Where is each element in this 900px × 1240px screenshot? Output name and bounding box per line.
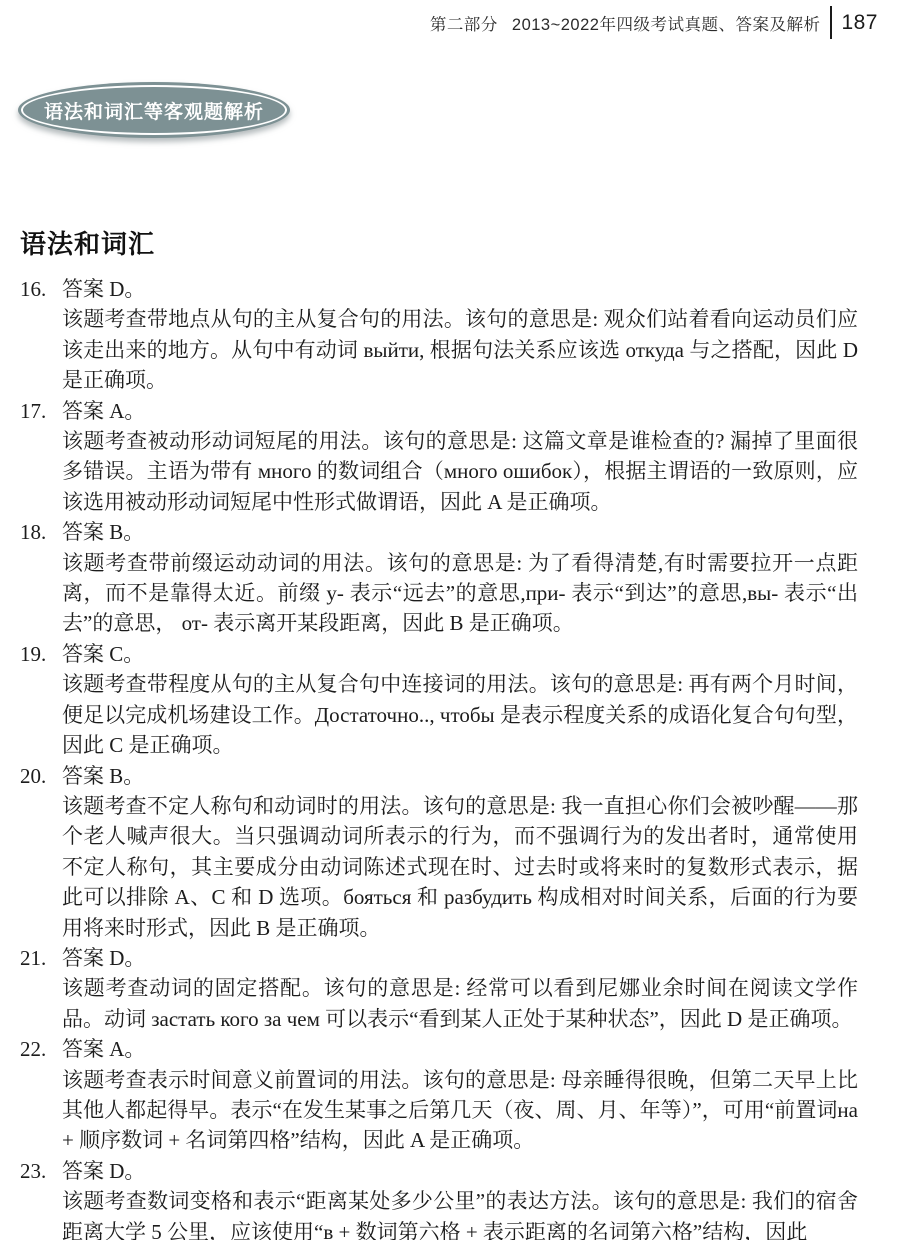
answer-item: 23. 答案 D。 该题考查数词变格和表示“距离某处多少公里”的表达方法。该句的… bbox=[20, 1156, 858, 1240]
answers-list: 16. 答案 D。 该题考查带地点从句的主从复合句的用法。该句的意思是: 观众们… bbox=[20, 274, 858, 1240]
answer-item: 20. 答案 B。 该题考查不定人称句和动词时的用法。该句的意思是: 我一直担心… bbox=[20, 761, 858, 943]
header-divider bbox=[830, 6, 832, 39]
explanation-text: 该题考查带前缀运动动词的用法。该句的意思是: 为了看得清楚,有时需要拉开一点距离… bbox=[62, 548, 858, 639]
answer-item: 16. 答案 D。 该题考查带地点从句的主从复合句的用法。该句的意思是: 观众们… bbox=[20, 274, 858, 396]
explanation-text: 该题考查表示时间意义前置词的用法。该句的意思是: 母亲睡得很晚，但第二天早上比其… bbox=[62, 1065, 858, 1156]
section-badge: 语法和词汇等客观题解析 bbox=[18, 82, 290, 138]
header-section-label: 第二部分 bbox=[430, 11, 498, 35]
item-number: 18. bbox=[20, 517, 62, 639]
answer-line: 答案 A。 bbox=[62, 1034, 858, 1064]
item-number: 21. bbox=[20, 943, 62, 1034]
explanation-text: 该题考查不定人称句和动词时的用法。该句的意思是: 我一直担心你们会被吵醒——那个… bbox=[62, 791, 858, 943]
answer-line: 答案 A。 bbox=[62, 396, 858, 426]
item-number: 23. bbox=[20, 1156, 62, 1240]
section-title: 语法和词汇 bbox=[20, 224, 155, 261]
answer-item: 17. 答案 A。 该题考查被动形动词短尾的用法。该句的意思是: 这篇文章是谁检… bbox=[20, 396, 858, 518]
answer-line: 答案 D。 bbox=[62, 943, 858, 973]
item-number: 16. bbox=[20, 274, 62, 396]
explanation-text: 该题考查数词变格和表示“距离某处多少公里”的表达方法。该句的意思是: 我们的宿舍… bbox=[62, 1186, 858, 1240]
item-number: 17. bbox=[20, 396, 62, 518]
answer-item: 21. 答案 D。 该题考查动词的固定搭配。该句的意思是: 经常可以看到尼娜业余… bbox=[20, 943, 858, 1034]
running-header: 第二部分 2013~2022年四级考试真题、答案及解析 187 bbox=[430, 6, 878, 39]
explanation-text: 该题考查带程度从句的主从复合句中连接词的用法。该句的意思是: 再有两个月时间，便… bbox=[62, 669, 858, 760]
page-number: 187 bbox=[841, 11, 878, 35]
answer-line: 答案 D。 bbox=[62, 274, 858, 304]
explanation-text: 该题考查动词的固定搭配。该句的意思是: 经常可以看到尼娜业余时间在阅读文学作品。… bbox=[62, 973, 858, 1034]
answer-line: 答案 B。 bbox=[62, 761, 858, 791]
explanation-text: 该题考查被动形动词短尾的用法。该句的意思是: 这篇文章是谁检查的? 漏掉了里面很… bbox=[62, 426, 858, 517]
item-number: 20. bbox=[20, 761, 62, 943]
document-page: 第二部分 2013~2022年四级考试真题、答案及解析 187 语法和词汇等客观… bbox=[0, 0, 900, 1240]
item-number: 22. bbox=[20, 1034, 62, 1156]
header-book-title: 2013~2022年四级考试真题、答案及解析 bbox=[512, 11, 821, 35]
answer-item: 19. 答案 C。 该题考查带程度从句的主从复合句中连接词的用法。该句的意思是:… bbox=[20, 639, 858, 761]
answer-line: 答案 C。 bbox=[62, 639, 858, 669]
answer-line: 答案 D。 bbox=[62, 1156, 858, 1186]
answer-item: 22. 答案 A。 该题考查表示时间意义前置词的用法。该句的意思是: 母亲睡得很… bbox=[20, 1034, 858, 1156]
section-badge-label: 语法和词汇等客观题解析 bbox=[44, 97, 264, 124]
answer-item: 18. 答案 B。 该题考查带前缀运动动词的用法。该句的意思是: 为了看得清楚,… bbox=[20, 517, 858, 639]
explanation-text: 该题考查带地点从句的主从复合句的用法。该句的意思是: 观众们站着看向运动员们应该… bbox=[62, 304, 858, 395]
item-number: 19. bbox=[20, 639, 62, 761]
answer-line: 答案 B。 bbox=[62, 517, 858, 547]
